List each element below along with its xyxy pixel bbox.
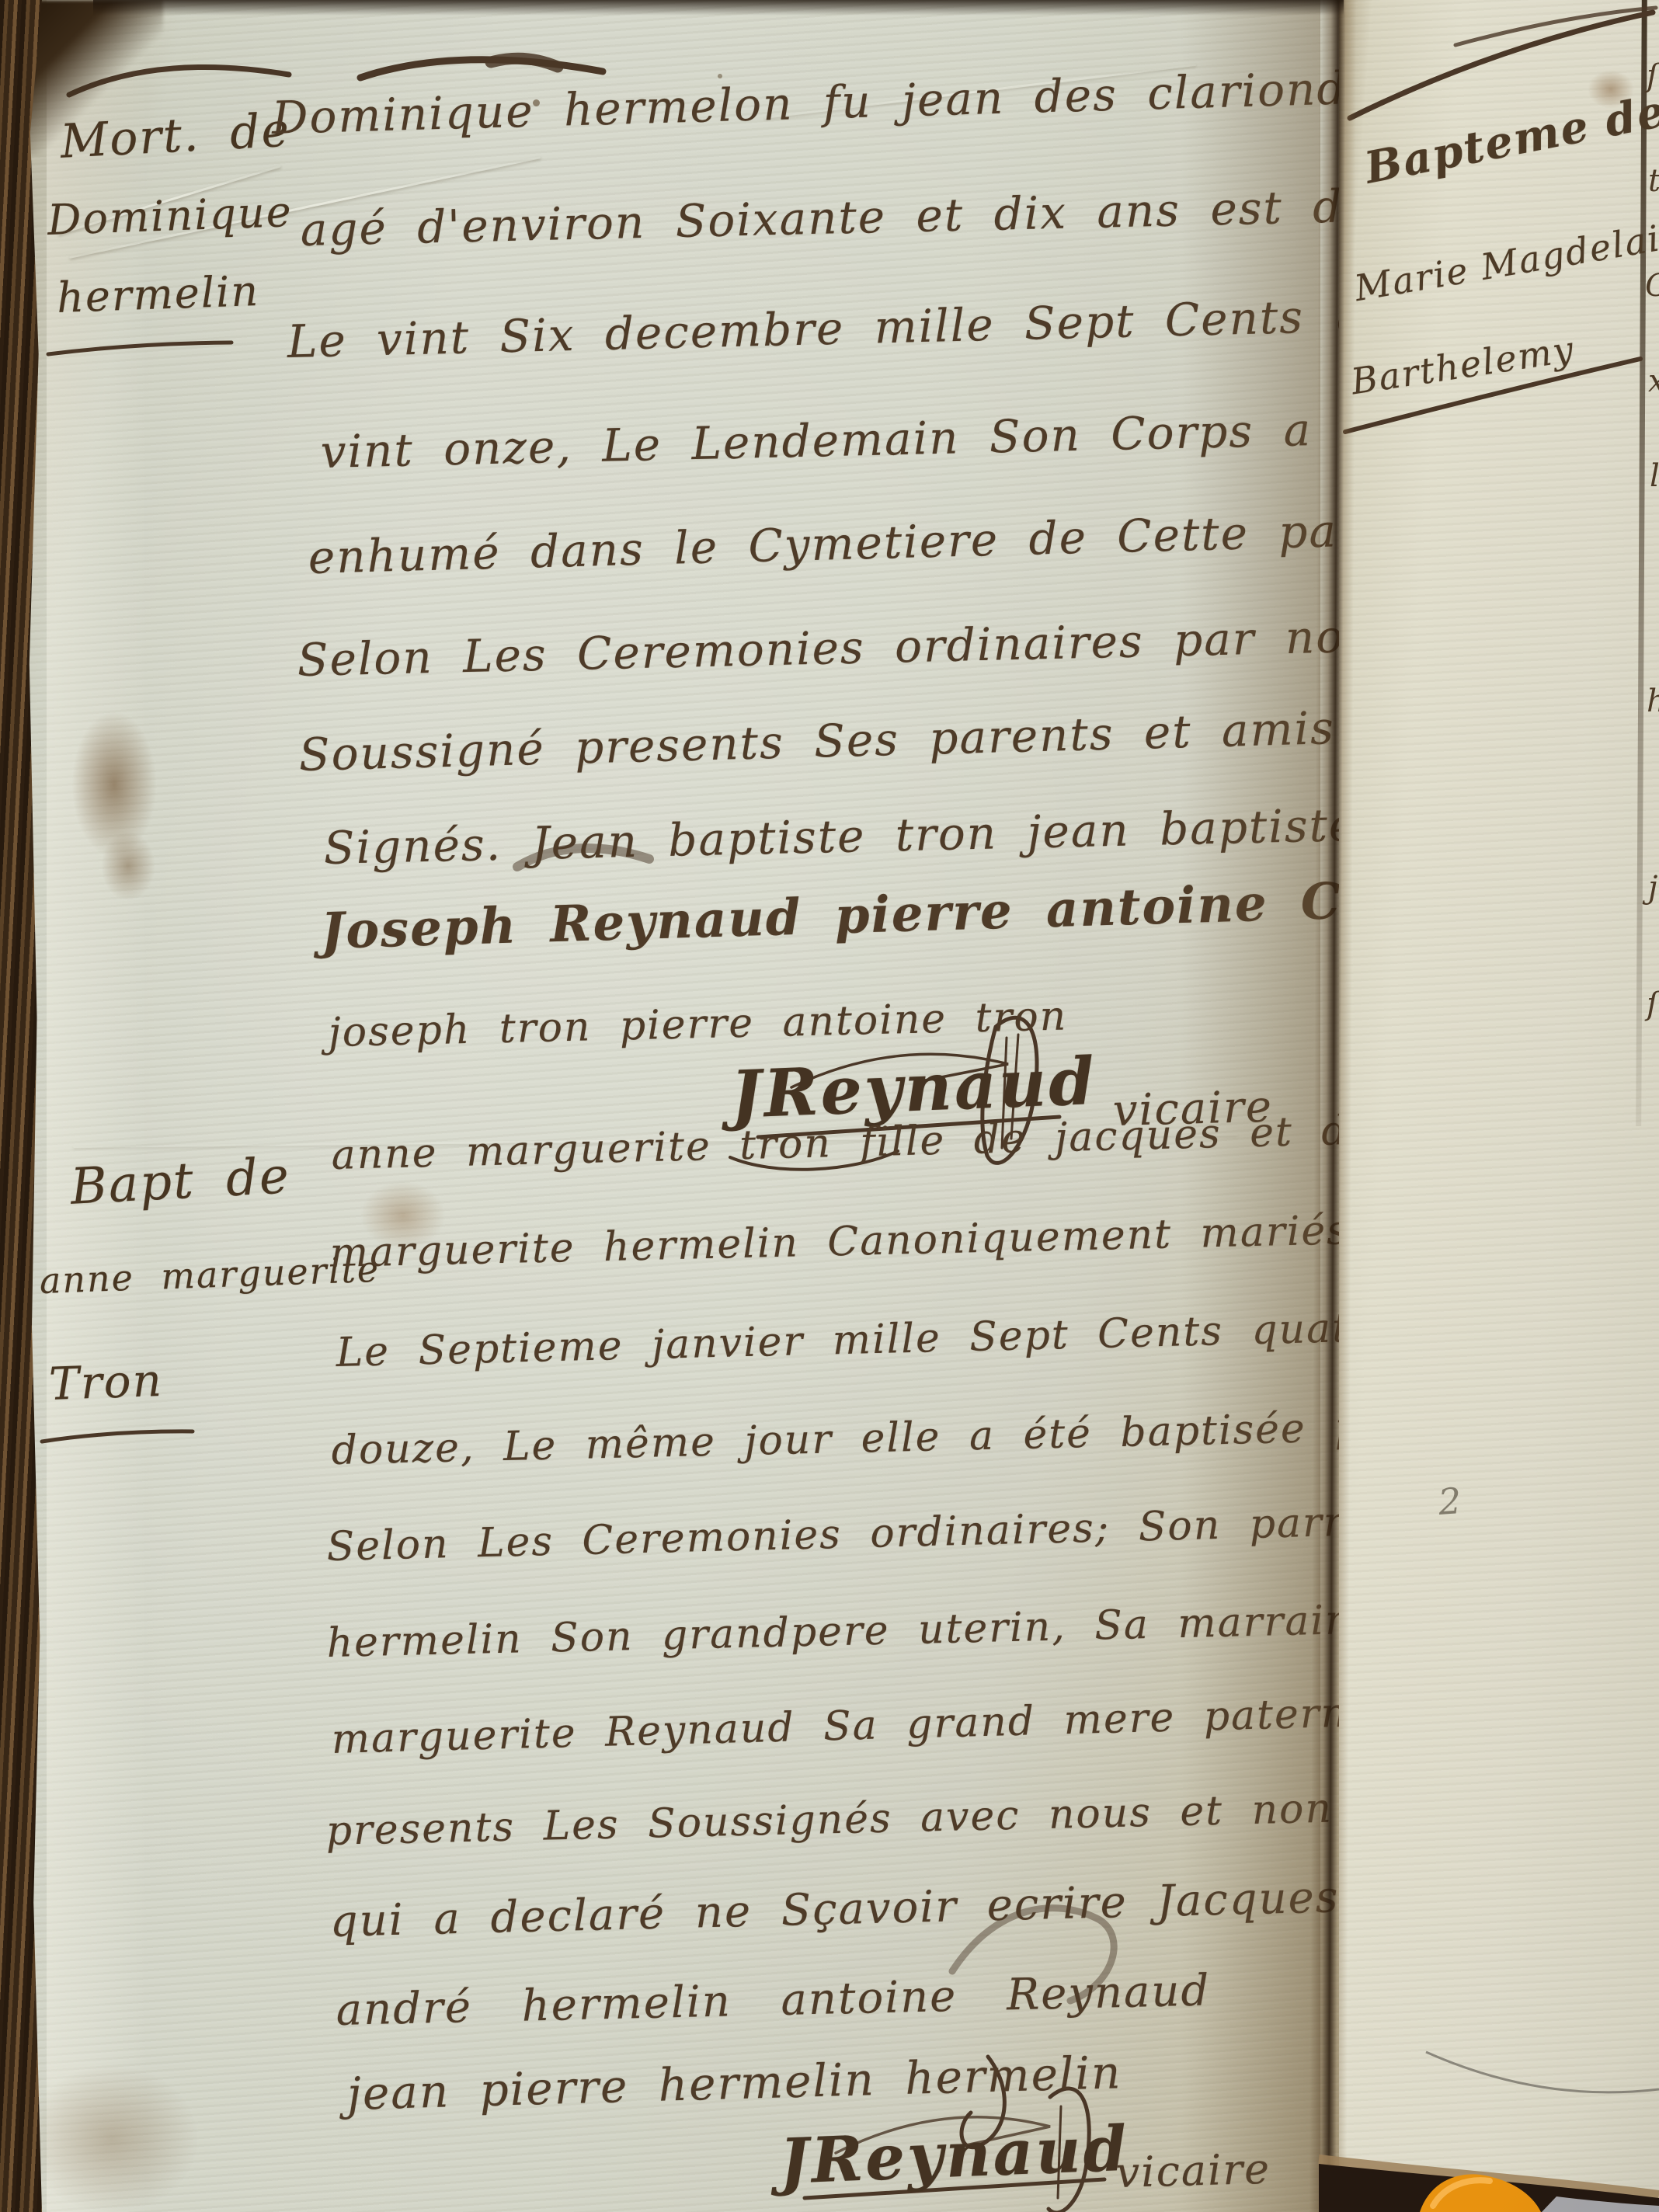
open-parish-register-photo: Mort. de Dominique hermelin Dominique he…: [0, 0, 1659, 2212]
record-text-line: jean pierre hermelin hermelin: [346, 2046, 1122, 2120]
clipped-text-fragment: t: [1648, 163, 1659, 199]
margin-note-line: Tron: [48, 1354, 164, 1410]
clipped-text-fragment: j: [1648, 870, 1657, 906]
facing-margin-title-line: Barthelemy: [1348, 328, 1577, 402]
margin-note-line: Bapt de: [69, 1147, 292, 1216]
clipped-text-fragment: ſ: [1647, 58, 1658, 94]
pencil-line: [1426, 2052, 1659, 2092]
facing-page: Bapteme de Marie Magdelaine Barthelemy 2…: [1339, 0, 1659, 2212]
page-fold-shadow: [1181, 0, 1320, 2212]
facing-margin-title-line: Marie Magdelaine: [1351, 209, 1659, 309]
clipped-text-fragment: C: [1645, 268, 1659, 304]
baptism-record-entry: Bapt de anne marguerite Tron anne margue…: [26, 0, 1339, 2212]
clipped-text-fragment: l: [1650, 458, 1659, 494]
clipped-text-fragment: x: [1648, 363, 1659, 399]
stacked-page-edge: [1636, 0, 1647, 1126]
clipped-text-fragment: h: [1647, 683, 1659, 719]
pencil-page-number: 2: [1437, 1480, 1462, 1523]
header-flourish-stroke: [1456, 8, 1656, 45]
left-page: Mort. de Dominique hermelin Dominique he…: [26, 0, 1339, 2212]
record-text-line: andré hermelin antoine Reynaud: [336, 1965, 1211, 2036]
ink-flourishes-facing-page: [1339, 0, 1659, 2212]
clipped-text-fragment: ſ: [1647, 986, 1658, 1022]
facing-margin-title-line: Bapteme de: [1361, 85, 1659, 194]
top-page-edge-shadow: [93, 0, 1344, 16]
priest-signature: JReynaud: [778, 2112, 1130, 2198]
